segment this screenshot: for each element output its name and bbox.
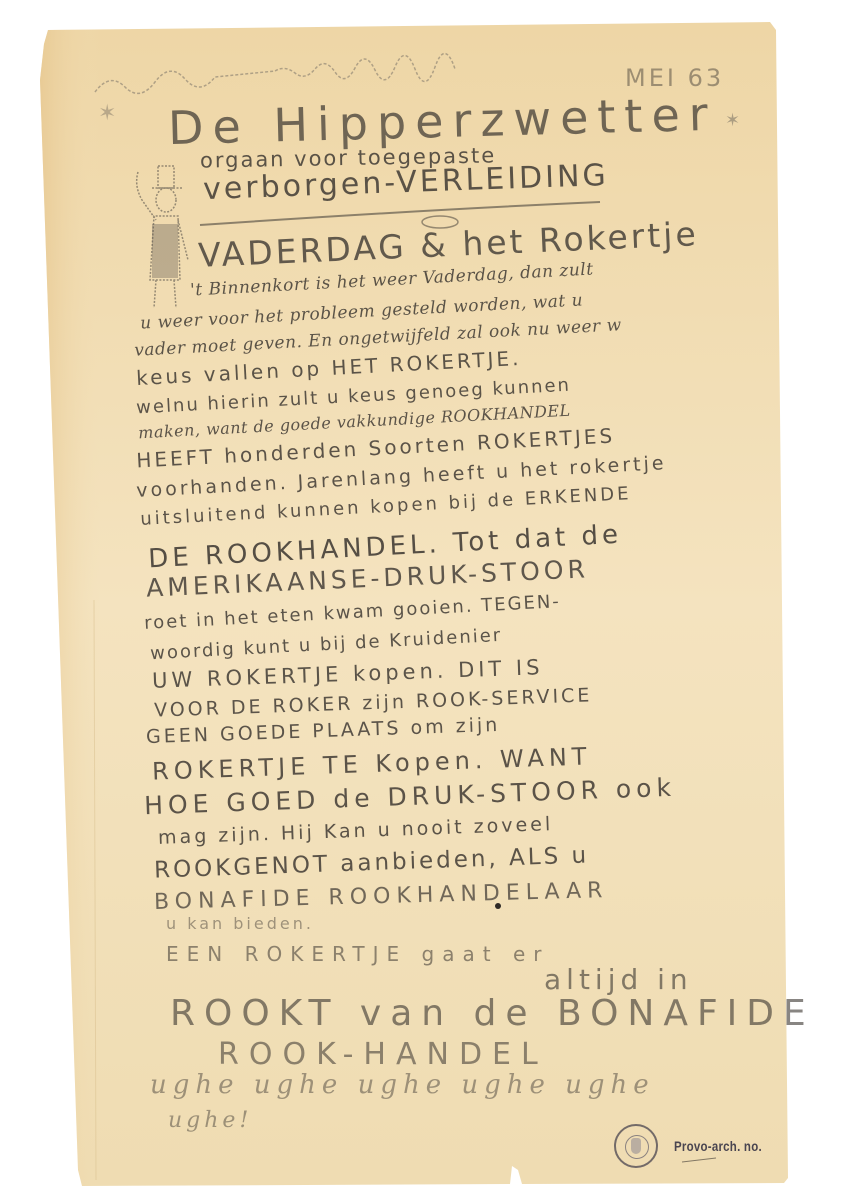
archive-number-label: Provo-arch. no.: [674, 1138, 762, 1154]
crest-icon: [631, 1138, 641, 1154]
masthead-title: De Hipperzwetter: [167, 91, 717, 151]
body-line: altijd in: [544, 966, 693, 994]
body-line: ROOKT van de BONAFIDE: [170, 996, 815, 1032]
svg-text:✶: ✶: [98, 101, 116, 126]
svg-text:✶: ✶: [725, 110, 740, 131]
body-line: u kan bieden.: [166, 916, 314, 932]
body-line: ROOK-HANDEL: [218, 1040, 548, 1070]
body-line: EEN ROKERTJE gaat er: [166, 944, 549, 964]
footer-scribble: ughe ughe ughe ughe ughe: [150, 1072, 655, 1098]
top-hat-figure-drawing: [128, 160, 198, 310]
library-stamp: [614, 1124, 658, 1168]
footer-scribble: ughe!: [168, 1110, 252, 1132]
scanned-document: ✶ ✶ MEI 63 De Hipperzwetter orgaan voor …: [0, 0, 846, 1200]
